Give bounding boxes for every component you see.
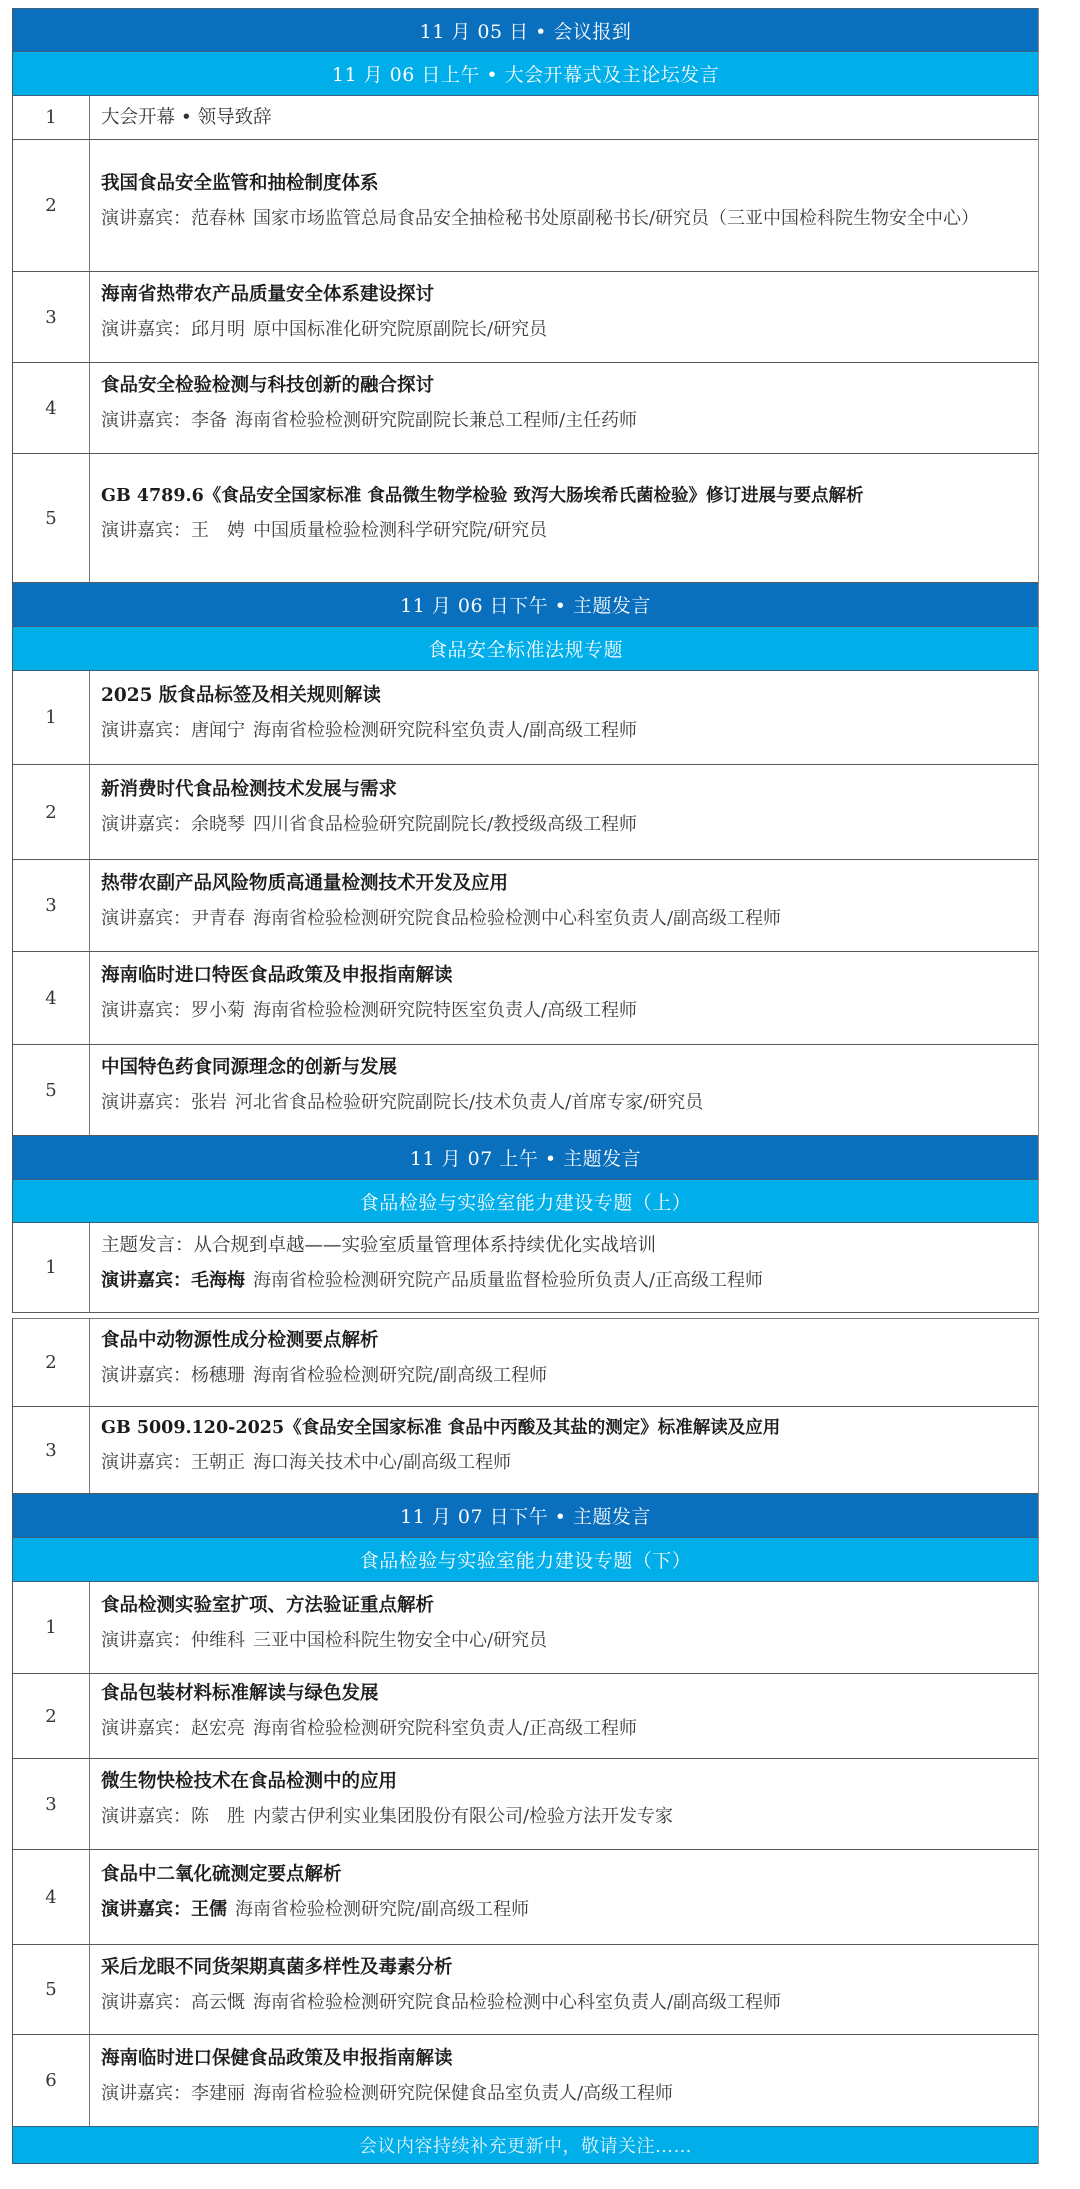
speaker-prefix: 演讲嘉宾：	[101, 814, 191, 835]
item-speaker: 演讲嘉宾：王 娉中国质量检验检测科学研究院/研究员	[101, 509, 1028, 553]
item-content: 食品中动物源性成分检测要点解析 演讲嘉宾：杨穗珊海南省检验检测研究院/副高级工程…	[90, 1319, 1038, 1406]
table-row: 5 GB 4789.6《食品安全国家标准 食品微生物学检验 致泻大肠埃希氏菌检验…	[13, 454, 1038, 583]
item-title: 2025 版食品标签及相关规则解读	[101, 683, 1028, 709]
item-content: 主题发言：从合规到卓越——实验室质量管理体系持续优化实战培训 演讲嘉宾：毛海梅海…	[90, 1223, 1038, 1312]
item-number: 5	[13, 454, 90, 582]
speaker-affiliation: 海南省检验检测研究院副院长兼总工程师/主任药师	[235, 410, 637, 431]
speaker-name: 毛海梅	[191, 1270, 245, 1291]
speaker-name: 唐闻宁	[191, 720, 245, 741]
item-title: 海南临时进口特医食品政策及申报指南解读	[101, 963, 1028, 989]
table-row: 3 微生物快检技术在食品检测中的应用 演讲嘉宾：陈 胜内蒙古伊利实业集团股份有限…	[13, 1759, 1038, 1850]
item-title: 中国特色药食同源理念的创新与发展	[101, 1055, 1028, 1081]
item-speaker: 演讲嘉宾：王朝正海口海关技术中心/副高级工程师	[101, 1441, 1028, 1485]
footer-notice: 会议内容持续补充更新中，敬请关注……	[13, 2127, 1038, 2164]
speaker-prefix: 演讲嘉宾：	[101, 1092, 191, 1113]
speaker-name: 王儒	[191, 1899, 227, 1920]
topic-header-opening-main-forum: 11 月 06 日上午 • 大会开幕式及主论坛发言	[13, 52, 1038, 96]
footer-notice-label: 会议内容持续补充更新中，敬请关注……	[359, 2132, 692, 2158]
item-number: 1	[13, 1223, 90, 1312]
item-content: 海南省热带农产品质量安全体系建设探讨 演讲嘉宾：邱月明原中国标准化研究院原副院长…	[90, 272, 1038, 362]
speaker-name: 赵宏亮	[191, 1718, 245, 1739]
item-title: GB 5009.120-2025《食品安全国家标准 食品中丙酸及其盐的测定》标准…	[101, 1415, 1028, 1441]
item-content: 中国特色药食同源理念的创新与发展 演讲嘉宾：张岩河北省食品检验研究院副院长/技术…	[90, 1045, 1038, 1135]
speaker-prefix: 演讲嘉宾：	[101, 1000, 191, 1021]
item-content: 2025 版食品标签及相关规则解读 演讲嘉宾：唐闻宁海南省检验检测研究院科室负责…	[90, 671, 1038, 764]
item-title: 新消费时代食品检测技术发展与需求	[101, 777, 1028, 803]
speaker-affiliation: 海南省检验检测研究院产品质量监督检验所负责人/正高级工程师	[253, 1270, 763, 1291]
item-title: 热带农副产品风险物质高通量检测技术开发及应用	[101, 871, 1028, 897]
speaker-prefix: 演讲嘉宾：	[101, 1806, 191, 1827]
speaker-name: 邱月明	[191, 319, 245, 340]
day-header-label: 11 月 06 日下午 • 主题发言	[400, 591, 651, 618]
item-number: 3	[13, 860, 90, 951]
speaker-name: 李建丽	[191, 2083, 245, 2104]
table-row: 2 我国食品安全监管和抽检制度体系 演讲嘉宾：范春林国家市场监管总局食品安全抽检…	[13, 140, 1038, 272]
speaker-prefix: 演讲嘉宾：	[101, 520, 191, 541]
speaker-affiliation: 海南省检验检测研究院保健食品室负责人/高级工程师	[253, 2083, 673, 2104]
item-content: 食品安全检验检测与科技创新的融合探讨 演讲嘉宾：李备海南省检验检测研究院副院长兼…	[90, 363, 1038, 453]
topic-header-label: 食品检验与实验室能力建设专题（下）	[360, 1546, 692, 1573]
item-speaker: 演讲嘉宾：唐闻宁海南省检验检测研究院科室负责人/副高级工程师	[101, 709, 1028, 753]
speaker-name: 杨穗珊	[191, 1365, 245, 1386]
speaker-affiliation: 海口海关技术中心/副高级工程师	[253, 1452, 511, 1473]
item-title: 采后龙眼不同货架期真菌多样性及毒素分析	[101, 1955, 1028, 1981]
table-row: 1 主题发言：从合规到卓越——实验室质量管理体系持续优化实战培训 演讲嘉宾：毛海…	[13, 1223, 1038, 1313]
day-header-label: 11 月 07 日下午 • 主题发言	[400, 1502, 651, 1529]
table-row: 4 食品安全检验检测与科技创新的融合探讨 演讲嘉宾：李备海南省检验检测研究院副院…	[13, 363, 1038, 454]
item-title: 海南省热带农产品质量安全体系建设探讨	[101, 282, 1028, 308]
item-title: 食品检测实验室扩项、方法验证重点解析	[101, 1593, 1028, 1619]
speaker-prefix: 演讲嘉宾：	[101, 410, 191, 431]
table-row: 2 食品包装材料标准解读与绿色发展 演讲嘉宾：赵宏亮海南省检验检测研究院科室负责…	[13, 1674, 1038, 1759]
item-content: 新消费时代食品检测技术发展与需求 演讲嘉宾：余晓琴四川省食品检验研究院副院长/教…	[90, 765, 1038, 859]
item-number: 3	[13, 272, 90, 362]
day-header-nov-06-pm: 11 月 06 日下午 • 主题发言	[13, 583, 1038, 627]
item-number: 2	[13, 1319, 90, 1406]
item-speaker: 演讲嘉宾：王儒海南省检验检测研究院/副高级工程师	[101, 1888, 1028, 1932]
item-number: 4	[13, 952, 90, 1044]
item-speaker: 演讲嘉宾：杨穗珊海南省检验检测研究院/副高级工程师	[101, 1354, 1028, 1398]
schedule-block-nov-05-06am: 11 月 05 日 • 会议报到 11 月 06 日上午 • 大会开幕式及主论坛…	[12, 8, 1039, 1313]
speaker-name: 罗小菊	[191, 1000, 245, 1021]
item-number: 3	[13, 1759, 90, 1849]
item-title: 食品包装材料标准解读与绿色发展	[101, 1681, 1028, 1707]
speaker-prefix: 演讲嘉宾：	[101, 1899, 191, 1920]
speaker-name: 王 娉	[191, 520, 245, 541]
table-row: 4 食品中二氧化硫测定要点解析 演讲嘉宾：王儒海南省检验检测研究院/副高级工程师	[13, 1850, 1038, 1945]
item-content: 大会开幕 • 领导致辞	[90, 96, 1038, 139]
speaker-name: 仲维科	[191, 1630, 245, 1651]
item-content: 海南临时进口特医食品政策及申报指南解读 演讲嘉宾：罗小菊海南省检验检测研究院特医…	[90, 952, 1038, 1044]
item-title: 食品中二氧化硫测定要点解析	[101, 1862, 1028, 1888]
speaker-affiliation: 海南省检验检测研究院特医室负责人/高级工程师	[253, 1000, 637, 1021]
item-title: GB 4789.6《食品安全国家标准 食品微生物学检验 致泻大肠埃希氏菌检验》修…	[101, 483, 1028, 509]
speaker-affiliation: 原中国标准化研究院原副院长/研究员	[253, 319, 547, 340]
speaker-name: 范春林	[191, 208, 245, 229]
item-speaker: 演讲嘉宾：范春林国家市场监管总局食品安全抽检秘书处原副秘书长/研究员（三亚中国检…	[101, 197, 1028, 241]
day-header-label: 11 月 05 日 • 会议报到	[420, 17, 632, 44]
item-speaker: 演讲嘉宾：陈 胜内蒙古伊利实业集团股份有限公司/检验方法开发专家	[101, 1795, 1028, 1839]
speaker-affiliation: 海南省检验检测研究院科室负责人/副高级工程师	[253, 720, 637, 741]
item-speaker: 演讲嘉宾：张岩河北省食品检验研究院副院长/技术负责人/首席专家/研究员	[101, 1081, 1028, 1125]
day-header-label: 11 月 07 上午 • 主题发言	[410, 1144, 641, 1171]
speaker-prefix: 演讲嘉宾：	[101, 1992, 191, 2013]
item-title: 食品中动物源性成分检测要点解析	[101, 1328, 1028, 1354]
topic-header-food-safety-standards: 食品安全标准法规专题	[13, 627, 1038, 671]
speaker-name: 王朝正	[191, 1452, 245, 1473]
table-row: 2 食品中动物源性成分检测要点解析 演讲嘉宾：杨穗珊海南省检验检测研究院/副高级…	[13, 1319, 1038, 1407]
day-header-nov-07-am: 11 月 07 上午 • 主题发言	[13, 1136, 1038, 1180]
speaker-affiliation: 海南省检验检测研究院食品检验检测中心科室负责人/副高级工程师	[253, 908, 781, 929]
table-row: 3 GB 5009.120-2025《食品安全国家标准 食品中丙酸及其盐的测定》…	[13, 1407, 1038, 1494]
speaker-affiliation: 海南省检验检测研究院科室负责人/正高级工程师	[253, 1718, 637, 1739]
table-row: 2 新消费时代食品检测技术发展与需求 演讲嘉宾：余晓琴四川省食品检验研究院副院长…	[13, 765, 1038, 860]
item-content: 海南临时进口保健食品政策及申报指南解读 演讲嘉宾：李建丽海南省检验检测研究院保健…	[90, 2035, 1038, 2126]
item-number: 2	[13, 1674, 90, 1758]
item-number: 4	[13, 1850, 90, 1944]
speaker-prefix: 演讲嘉宾：	[101, 1630, 191, 1651]
item-content: 微生物快检技术在食品检测中的应用 演讲嘉宾：陈 胜内蒙古伊利实业集团股份有限公司…	[90, 1759, 1038, 1849]
item-speaker: 演讲嘉宾：李建丽海南省检验检测研究院保健食品室负责人/高级工程师	[101, 2072, 1028, 2116]
item-speaker: 演讲嘉宾：毛海梅海南省检验检测研究院产品质量监督检验所负责人/正高级工程师	[101, 1259, 1028, 1303]
speaker-affiliation: 四川省食品检验研究院副院长/教授级高级工程师	[253, 814, 637, 835]
speaker-prefix: 演讲嘉宾：	[101, 1365, 191, 1386]
item-title: 微生物快检技术在食品检测中的应用	[101, 1769, 1028, 1795]
speaker-name: 张岩	[191, 1092, 227, 1113]
item-number: 1	[13, 671, 90, 764]
speaker-name: 余晓琴	[191, 814, 245, 835]
item-speaker: 演讲嘉宾：邱月明原中国标准化研究院原副院长/研究员	[101, 308, 1028, 352]
speaker-affiliation: 国家市场监管总局食品安全抽检秘书处原副秘书长/研究员（三亚中国检科院生物安全中心…	[253, 208, 979, 229]
item-content: 食品检测实验室扩项、方法验证重点解析 演讲嘉宾：仲维科三亚中国检科院生物安全中心…	[90, 1582, 1038, 1673]
item-speaker: 演讲嘉宾：尹青春海南省检验检测研究院食品检验检测中心科室负责人/副高级工程师	[101, 897, 1028, 941]
table-row: 1 2025 版食品标签及相关规则解读 演讲嘉宾：唐闻宁海南省检验检测研究院科室…	[13, 671, 1038, 765]
speaker-prefix: 演讲嘉宾：	[101, 908, 191, 929]
item-speaker: 演讲嘉宾：罗小菊海南省检验检测研究院特医室负责人/高级工程师	[101, 989, 1028, 1033]
item-content: 食品中二氧化硫测定要点解析 演讲嘉宾：王儒海南省检验检测研究院/副高级工程师	[90, 1850, 1038, 1944]
speaker-affiliation: 三亚中国检科院生物安全中心/研究员	[253, 1630, 547, 1651]
speaker-prefix: 演讲嘉宾：	[101, 2083, 191, 2104]
table-row: 3 海南省热带农产品质量安全体系建设探讨 演讲嘉宾：邱月明原中国标准化研究院原副…	[13, 272, 1038, 363]
topic-header-lab-capacity-part-1: 食品检验与实验室能力建设专题（上）	[13, 1180, 1038, 1223]
speaker-affiliation: 河北省食品检验研究院副院长/技术负责人/首席专家/研究员	[235, 1092, 703, 1113]
table-row: 1 食品检测实验室扩项、方法验证重点解析 演讲嘉宾：仲维科三亚中国检科院生物安全…	[13, 1582, 1038, 1674]
item-number: 5	[13, 1045, 90, 1135]
schedule-block-nov-07: 2 食品中动物源性成分检测要点解析 演讲嘉宾：杨穗珊海南省检验检测研究院/副高级…	[12, 1318, 1039, 2164]
item-number: 4	[13, 363, 90, 453]
item-content: 采后龙眼不同货架期真菌多样性及毒素分析 演讲嘉宾：高云慨海南省检验检测研究院食品…	[90, 1945, 1038, 2034]
table-row: 5 采后龙眼不同货架期真菌多样性及毒素分析 演讲嘉宾：高云慨海南省检验检测研究院…	[13, 1945, 1038, 2035]
item-title: 海南临时进口保健食品政策及申报指南解读	[101, 2046, 1028, 2072]
item-title: 大会开幕 • 领导致辞	[101, 105, 1028, 131]
item-number: 1	[13, 1582, 90, 1673]
speaker-affiliation: 内蒙古伊利实业集团股份有限公司/检验方法开发专家	[253, 1806, 673, 1827]
speaker-prefix: 演讲嘉宾：	[101, 319, 191, 340]
speaker-name: 高云慨	[191, 1992, 245, 2013]
day-header-nov-07-pm: 11 月 07 日下午 • 主题发言	[13, 1494, 1038, 1538]
item-speaker: 演讲嘉宾：李备海南省检验检测研究院副院长兼总工程师/主任药师	[101, 399, 1028, 443]
item-content: GB 4789.6《食品安全国家标准 食品微生物学检验 致泻大肠埃希氏菌检验》修…	[90, 454, 1038, 582]
table-row: 3 热带农副产品风险物质高通量检测技术开发及应用 演讲嘉宾：尹青春海南省检验检测…	[13, 860, 1038, 952]
item-number: 6	[13, 2035, 90, 2126]
speaker-affiliation: 中国质量检验检测科学研究院/研究员	[253, 520, 547, 541]
topic-header-label: 食品检验与实验室能力建设专题（上）	[360, 1188, 692, 1215]
item-speaker: 演讲嘉宾：赵宏亮海南省检验检测研究院科室负责人/正高级工程师	[101, 1707, 1028, 1751]
speaker-prefix: 演讲嘉宾：	[101, 1452, 191, 1473]
item-content: 食品包装材料标准解读与绿色发展 演讲嘉宾：赵宏亮海南省检验检测研究院科室负责人/…	[90, 1674, 1038, 1758]
table-row: 6 海南临时进口保健食品政策及申报指南解读 演讲嘉宾：李建丽海南省检验检测研究院…	[13, 2035, 1038, 2127]
item-content: 我国食品安全监管和抽检制度体系 演讲嘉宾：范春林国家市场监管总局食品安全抽检秘书…	[90, 140, 1038, 271]
speaker-prefix: 演讲嘉宾：	[101, 208, 191, 229]
speaker-prefix: 演讲嘉宾：	[101, 1718, 191, 1739]
speaker-affiliation: 海南省检验检测研究院食品检验检测中心科室负责人/副高级工程师	[253, 1992, 781, 2013]
conference-schedule-table: 11 月 05 日 • 会议报到 11 月 06 日上午 • 大会开幕式及主论坛…	[12, 8, 1039, 2164]
item-number: 2	[13, 140, 90, 271]
item-number: 3	[13, 1407, 90, 1493]
table-row: 5 中国特色药食同源理念的创新与发展 演讲嘉宾：张岩河北省食品检验研究院副院长/…	[13, 1045, 1038, 1136]
day-header-nov-05: 11 月 05 日 • 会议报到	[13, 8, 1038, 52]
speaker-name: 陈 胜	[191, 1806, 245, 1827]
topic-header-label: 11 月 06 日上午 • 大会开幕式及主论坛发言	[332, 60, 719, 87]
table-row: 1 大会开幕 • 领导致辞	[13, 96, 1038, 140]
item-speaker: 演讲嘉宾：高云慨海南省检验检测研究院食品检验检测中心科室负责人/副高级工程师	[101, 1981, 1028, 2025]
speaker-prefix: 演讲嘉宾：	[101, 720, 191, 741]
speaker-name: 李备	[191, 410, 227, 431]
table-row: 4 海南临时进口特医食品政策及申报指南解读 演讲嘉宾：罗小菊海南省检验检测研究院…	[13, 952, 1038, 1045]
topic-header-label: 食品安全标准法规专题	[428, 635, 623, 662]
item-number: 5	[13, 1945, 90, 2034]
item-title: 我国食品安全监管和抽检制度体系	[101, 171, 1028, 197]
item-title: 主题发言：从合规到卓越——实验室质量管理体系持续优化实战培训	[101, 1233, 1028, 1259]
item-content: 热带农副产品风险物质高通量检测技术开发及应用 演讲嘉宾：尹青春海南省检验检测研究…	[90, 860, 1038, 951]
speaker-name: 尹青春	[191, 908, 245, 929]
item-speaker: 演讲嘉宾：余晓琴四川省食品检验研究院副院长/教授级高级工程师	[101, 803, 1028, 847]
topic-header-lab-capacity-part-2: 食品检验与实验室能力建设专题（下）	[13, 1538, 1038, 1582]
item-number: 2	[13, 765, 90, 859]
item-content: GB 5009.120-2025《食品安全国家标准 食品中丙酸及其盐的测定》标准…	[90, 1407, 1038, 1493]
item-title: 食品安全检验检测与科技创新的融合探讨	[101, 373, 1028, 399]
speaker-affiliation: 海南省检验检测研究院/副高级工程师	[253, 1365, 547, 1386]
speaker-affiliation: 海南省检验检测研究院/副高级工程师	[235, 1899, 529, 1920]
item-speaker: 演讲嘉宾：仲维科三亚中国检科院生物安全中心/研究员	[101, 1619, 1028, 1663]
item-number: 1	[13, 96, 90, 139]
speaker-prefix: 演讲嘉宾：	[101, 1270, 191, 1291]
